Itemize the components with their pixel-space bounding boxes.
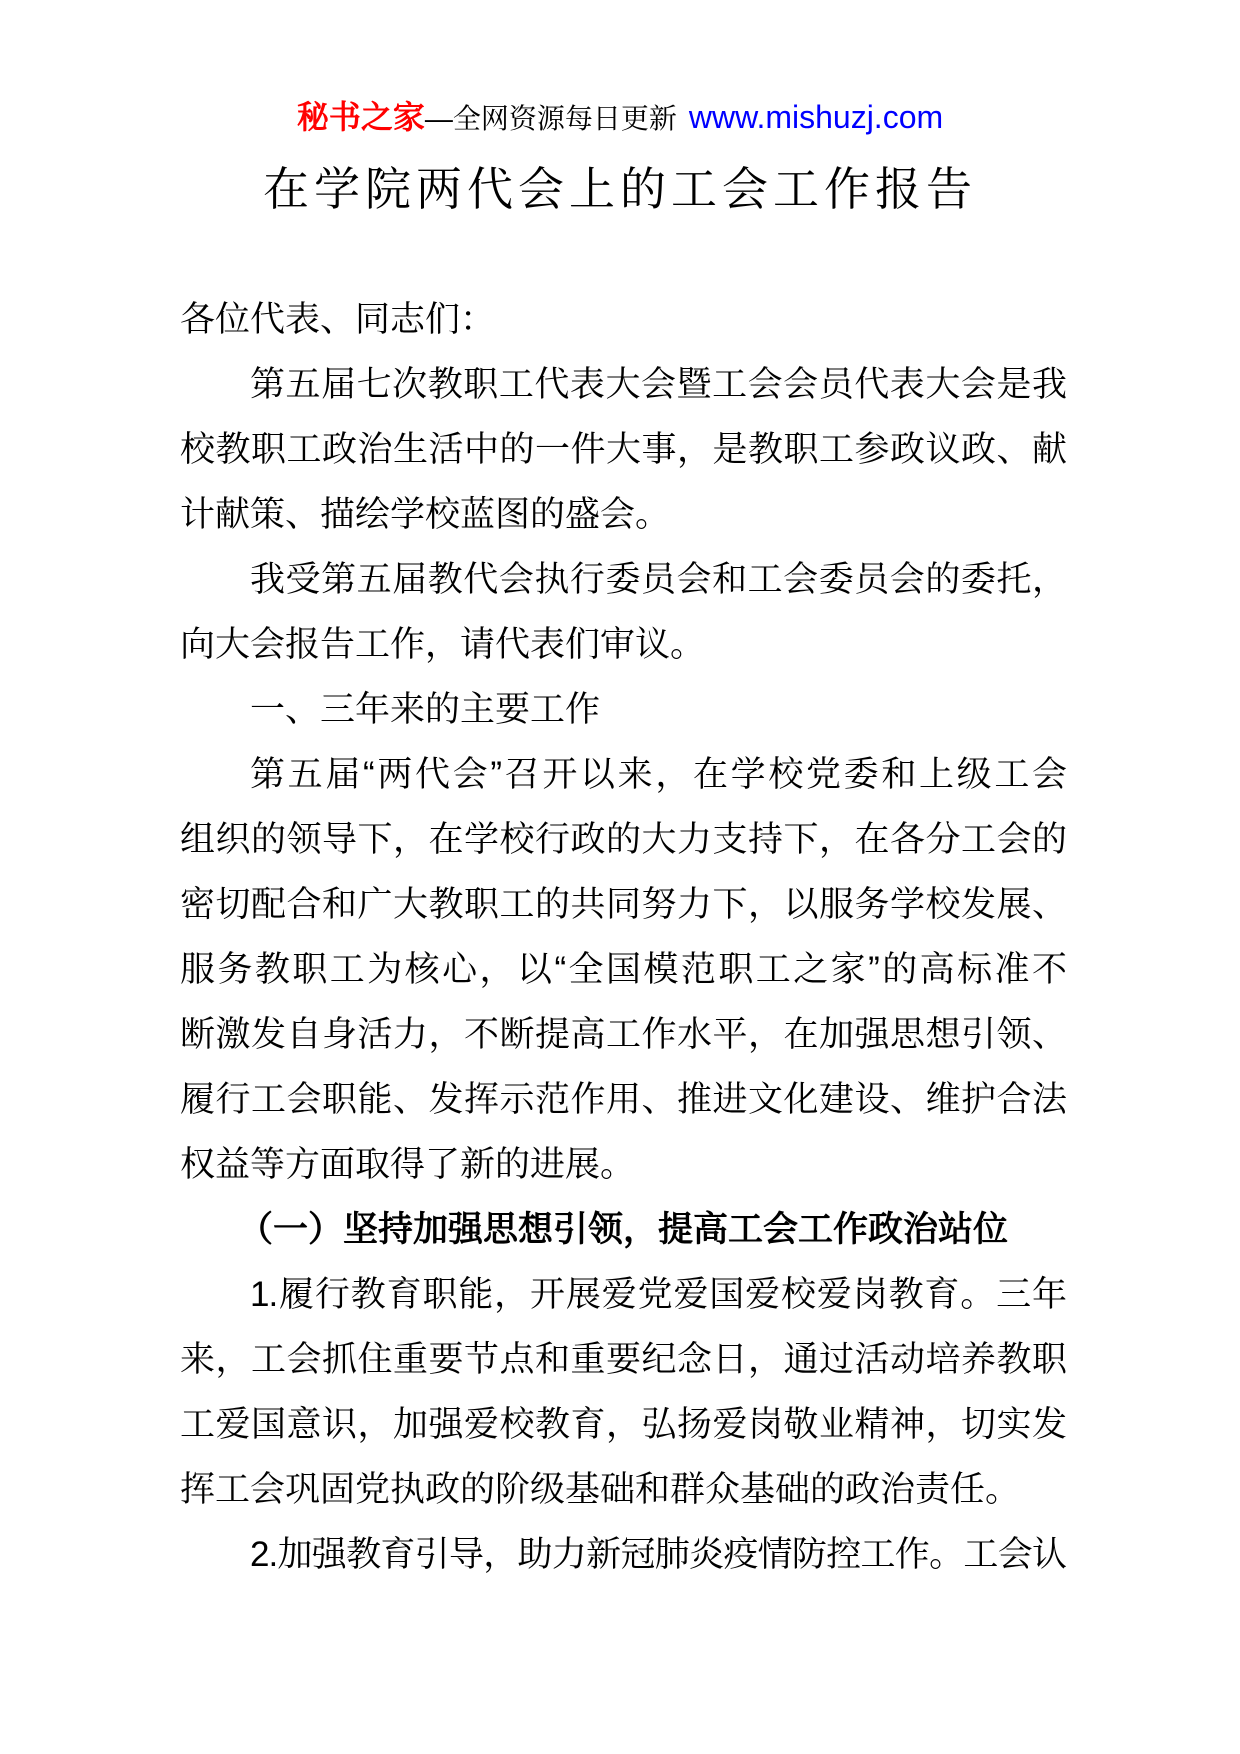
- document-title: 在学院两代会上的工会工作报告: [0, 157, 1240, 221]
- site-url-link[interactable]: www.mishuzj.com: [689, 99, 943, 135]
- text-line: 第五届“两代会”召开以来，在学校党委和上级工会: [180, 742, 1066, 807]
- text-line: 断激发自身活力，不断提高工作水平，在加强思想引领、: [180, 1002, 1066, 1067]
- text-line: 工爱国意识，加强爱校教育，弘扬爱岗敬业精神，切实发: [180, 1392, 1066, 1457]
- text-line: 计献策、描绘学校蓝图的盛会。: [180, 482, 1066, 547]
- site-brand: 秘书之家: [297, 99, 425, 135]
- site-tagline: —全网资源每日更新: [425, 103, 677, 134]
- text-line: 各位代表、同志们：: [180, 287, 1066, 352]
- text-line: 2.加强教育引导，助力新冠肺炎疫情防控工作。工会认: [180, 1522, 1066, 1587]
- text-line: 来，工会抓住重要节点和重要纪念日，通过活动培养教职: [180, 1327, 1066, 1392]
- text-line: 校教职工政治生活中的一件大事，是教职工参政议政、献: [180, 417, 1066, 482]
- text-line: 组织的领导下，在学校行政的大力支持下，在各分工会的: [180, 807, 1066, 872]
- text-line: 向大会报告工作，请代表们审议。: [180, 612, 1066, 677]
- site-header: 秘书之家—全网资源每日更新www.mishuzj.com: [0, 0, 1240, 140]
- text-line: 履行工会职能、发挥示范作用、推进文化建设、维护合法: [180, 1067, 1066, 1132]
- text-line: 一、三年来的主要工作: [180, 677, 1066, 742]
- section-heading: （一）坚持加强思想引领，提高工会工作政治站位: [180, 1197, 1066, 1262]
- document-body: 各位代表、同志们：第五届七次教职工代表大会暨工会会员代表大会是我校教职工政治生活…: [180, 287, 1066, 1587]
- text-line: 1.履行教育职能，开展爱党爱国爱校爱岗教育。三年: [180, 1262, 1066, 1327]
- text-line: 密切配合和广大教职工的共同努力下，以服务学校发展、: [180, 872, 1066, 937]
- document-page: 秘书之家—全网资源每日更新www.mishuzj.com 在学院两代会上的工会工…: [0, 0, 1240, 1754]
- text-line: 服务教职工为核心，以“全国模范职工之家”的高标准不: [180, 937, 1066, 1002]
- text-line: 我受第五届教代会执行委员会和工会委员会的委托，: [180, 547, 1066, 612]
- text-line: 权益等方面取得了新的进展。: [180, 1132, 1066, 1197]
- text-line: 挥工会巩固党执政的阶级基础和群众基础的政治责任。: [180, 1457, 1066, 1522]
- text-line: 第五届七次教职工代表大会暨工会会员代表大会是我: [180, 352, 1066, 417]
